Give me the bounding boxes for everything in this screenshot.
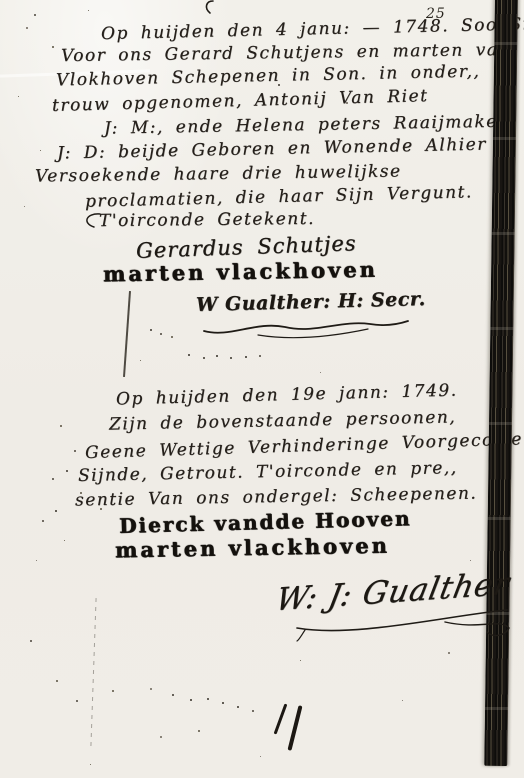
manuscript-line: J: M:, ende Helena peters Raaijmakers xyxy=(104,113,518,137)
manuscript-line: J: D: beijde Geboren en Wonende Alhier xyxy=(57,137,487,163)
signature-flourish-sweep xyxy=(295,598,513,642)
paper-scratch-dotted xyxy=(90,598,96,746)
signature-gualther-secretary: W Gualther: H: Secr. xyxy=(196,290,426,315)
manuscript-line: Geene Wettige Verhinderinge Voorgecomen xyxy=(85,431,524,462)
ink-scratch xyxy=(123,291,131,377)
ink-smudge-stroke xyxy=(274,703,288,734)
line-lead-curl xyxy=(80,211,102,229)
signature-paraph-flourish xyxy=(200,315,410,339)
manuscript-line: trouw opgenomen, Antonij Van Riet xyxy=(52,88,429,115)
ink-smudge-stroke xyxy=(287,705,302,751)
manuscript-line: Zijn de bovenstaande persoonen, xyxy=(109,409,456,433)
manuscript-line: Op huijden den 4 janu: — 1748. Soo Sijn xyxy=(101,16,524,43)
manuscript-line: Versoekende haare drie huwelijkse xyxy=(35,163,402,185)
pen-hook-mark xyxy=(200,0,218,14)
manuscript-line: sentie Van ons ondergel: Scheepenen. xyxy=(75,485,478,509)
manuscript-line: Op huijden den 19e jann: 1749. xyxy=(116,383,458,409)
paper-specks-fine xyxy=(0,0,1,1)
signature-dierck-vandde-hooven: Dierck vandde Hooven xyxy=(119,508,412,536)
manuscript-line: T'oirconde Getekent. xyxy=(99,211,315,230)
manuscript-line: proclamatien, die haar Sijn Vergunt. xyxy=(85,184,473,210)
manuscript-line: Sijnde, Getrout. T'oirconde en pre,, xyxy=(78,460,458,485)
signature-marten-vlackhoven: marten vlackhoven xyxy=(103,259,378,285)
signature-marten-vlackhoven-2: marten vlackhoven xyxy=(115,535,390,561)
scanned-manuscript-page: 25 Op huijden den 4 janu: — 1748. Soo Si… xyxy=(0,0,524,778)
